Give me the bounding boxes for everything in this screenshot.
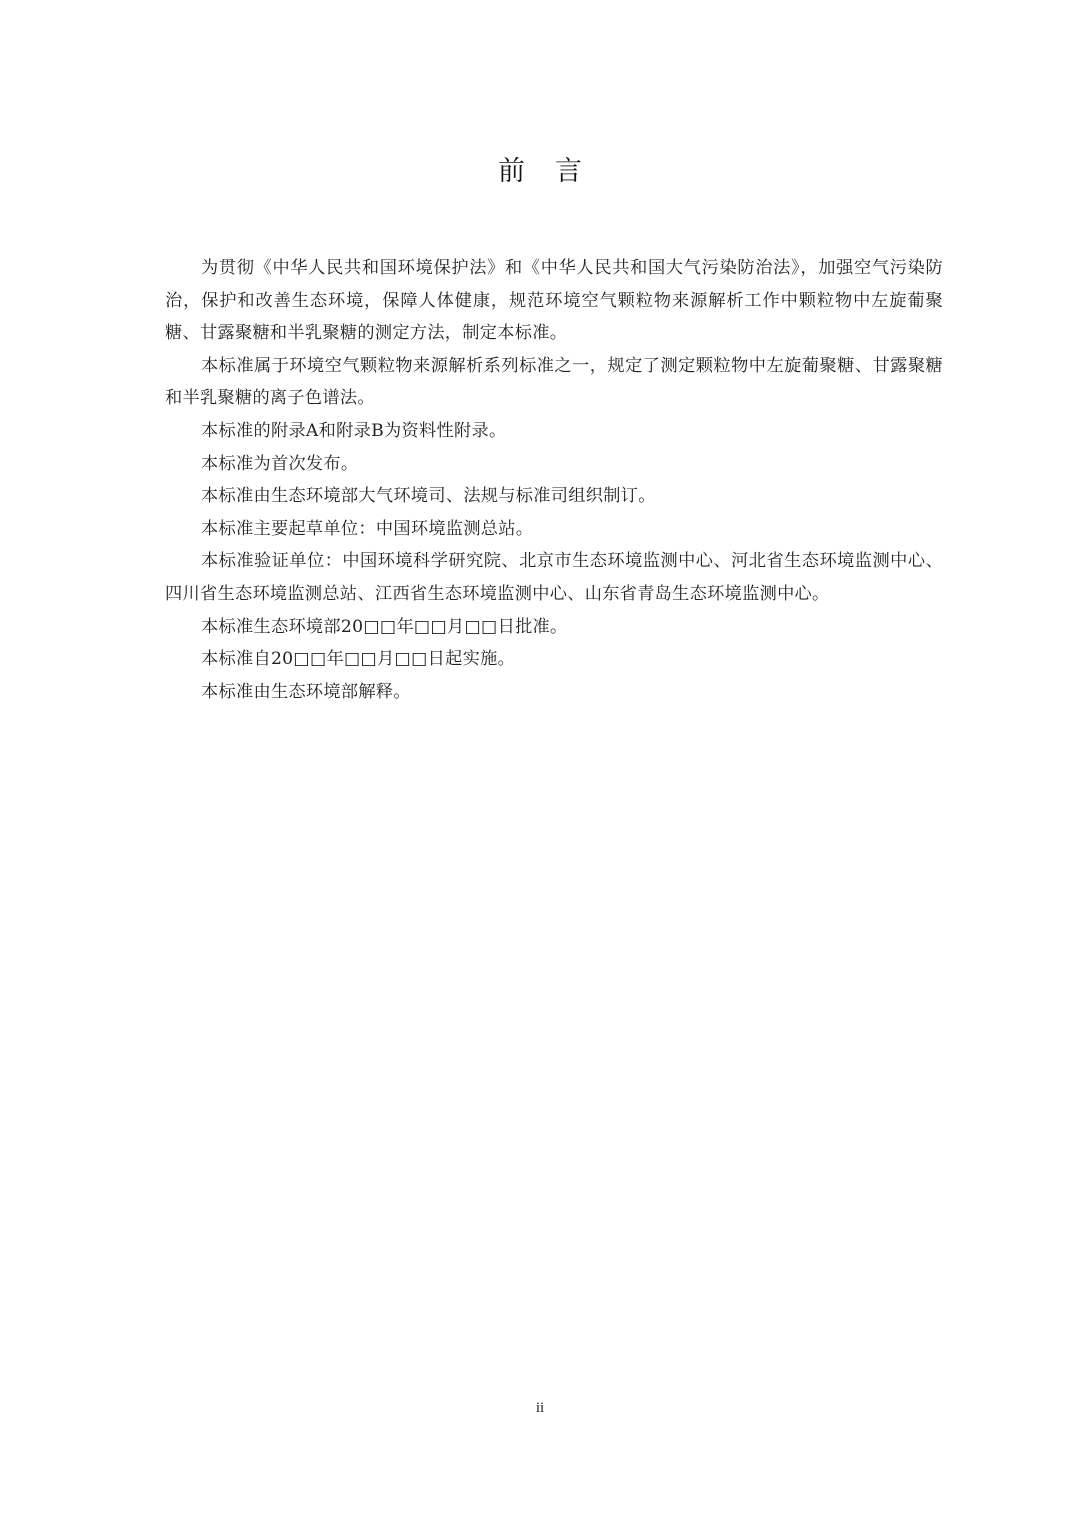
paragraph-interpretation: 本标准由生态环境部解释。 [165, 676, 943, 709]
paragraph-organizer: 本标准由生态环境部大气环境司、法规与标准司组织制订。 [165, 480, 943, 513]
page-title: 前言 [0, 152, 1080, 192]
paragraph-appendix: 本标准的附录A和附录B为资料性附录。 [165, 415, 943, 448]
paragraph-first-release: 本标准为首次发布。 [165, 448, 943, 481]
paragraph-approval-date: 本标准生态环境部20□□年□□月□□日批准。 [165, 611, 943, 644]
paragraph-verification-units: 本标准验证单位：中国环境科学研究院、北京市生态环境监测中心、河北省生态环境监测中… [165, 545, 943, 610]
paragraph-purpose: 为贯彻《中华人民共和国环境保护法》和《中华人民共和国大气污染防治法》，加强空气污… [165, 252, 943, 350]
page-number: ii [0, 1400, 1080, 1417]
paragraph-effective-date: 本标准自20□□年□□月□□日起实施。 [165, 643, 943, 676]
paragraph-scope: 本标准属于环境空气颗粒物来源解析系列标准之一，规定了测定颗粒物中左旋葡聚糖、甘露… [165, 350, 943, 415]
foreword-body: 为贯彻《中华人民共和国环境保护法》和《中华人民共和国大气污染防治法》，加强空气污… [165, 252, 943, 708]
paragraph-drafting-unit: 本标准主要起草单位：中国环境监测总站。 [165, 513, 943, 546]
